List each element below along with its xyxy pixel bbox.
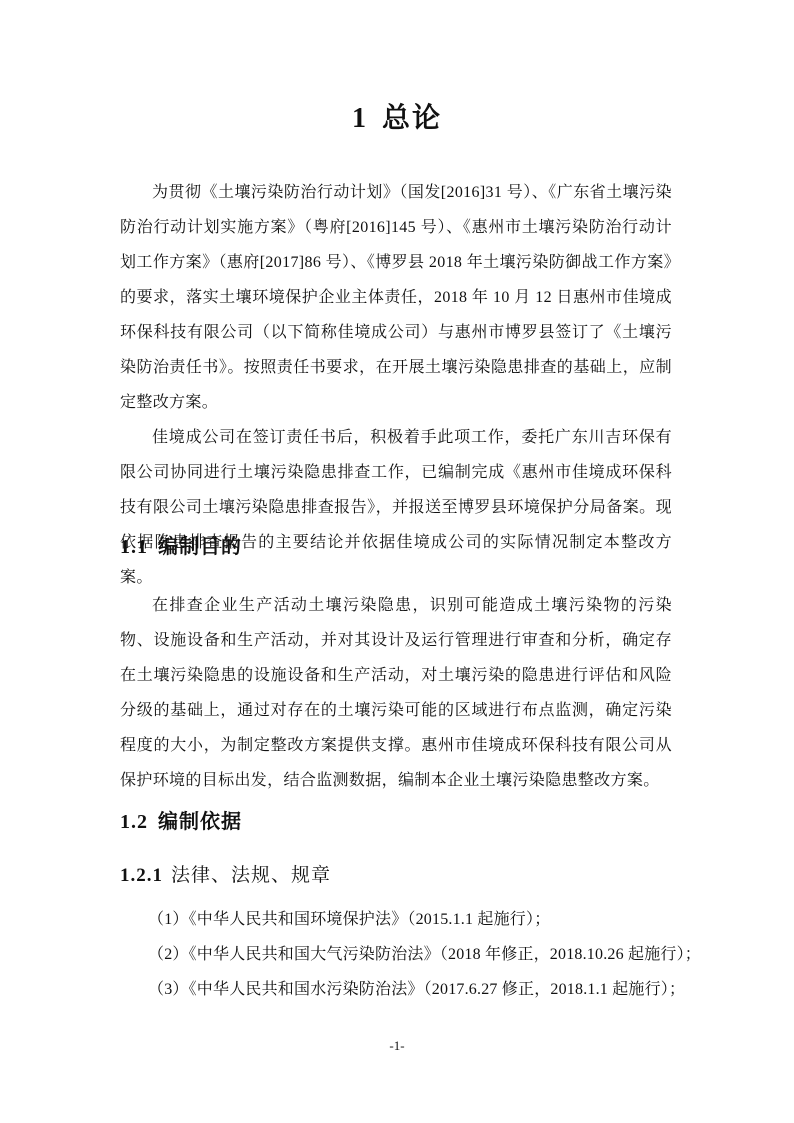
list-item: （2）《中华人民共和国大气污染防治法》（2018 年修正，2018.10.26 …: [148, 937, 688, 972]
subsection-number: 1.2.1: [120, 865, 163, 886]
section-number: 1.1: [120, 536, 148, 558]
chapter-number: 1: [352, 103, 368, 134]
section-heading-1-2: 1.2编制依据: [120, 805, 242, 834]
purpose-paragraph: 在排查企业生产活动土壤污染隐患，识别可能造成土壤污染物的污染物、设施设备和生产活…: [120, 588, 672, 798]
chapter-title-text: 总论: [382, 103, 442, 134]
intro-paragraph-2: 佳境成公司在签订责任书后，积极着手此项工作，委托广东川吉环保有限公司协同进行土壤…: [120, 420, 672, 595]
section-title: 编制依据: [158, 809, 242, 833]
section-heading-1-1: 1.1编制目的: [120, 530, 242, 559]
section-1-1-body: 在排查企业生产活动土壤污染隐患，识别可能造成土壤污染物的污染物、设施设备和生产活…: [120, 588, 672, 798]
document-page: 1总论 为贯彻《土壤污染防治行动计划》（国发[2016]31 号）、《广东省土壤…: [0, 0, 794, 1123]
list-item: （1）《中华人民共和国环境保护法》（2015.1.1 起施行）；: [148, 902, 688, 937]
subsection-heading-1-2-1: 1.2.1法律、法规、规章: [120, 860, 331, 887]
list-item: （3）《中华人民共和国水污染防治法》（2017.6.27 修正，2018.1.1…: [148, 972, 688, 1007]
intro-paragraph-1: 为贯彻《土壤污染防治行动计划》（国发[2016]31 号）、《广东省土壤污染防治…: [120, 175, 672, 420]
page-number: -1-: [0, 1038, 794, 1054]
section-title: 编制目的: [158, 534, 242, 558]
subsection-title: 法律、法规、规章: [171, 865, 331, 886]
laws-list: （1）《中华人民共和国环境保护法》（2015.1.1 起施行）； （2）《中华人…: [148, 902, 688, 1007]
chapter-title: 1总论: [0, 96, 794, 136]
section-number: 1.2: [120, 811, 148, 833]
